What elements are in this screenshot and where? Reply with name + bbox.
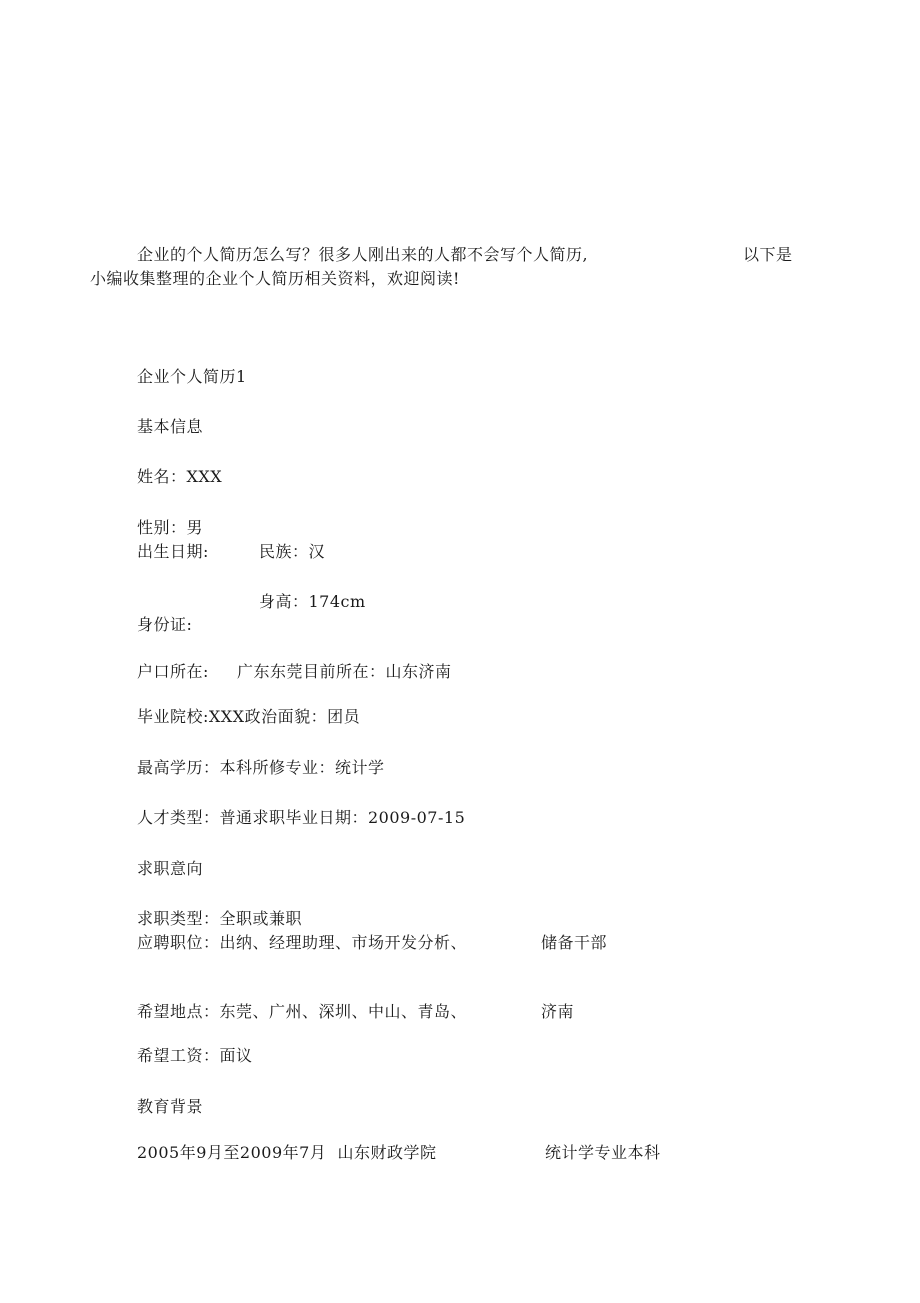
field-gender: 性别：男 xyxy=(137,518,203,538)
field-education-period-school: 2005年9月至2009年7月 山东财政学院 xyxy=(137,1143,436,1163)
field-education-major: 统计学专业本科 xyxy=(545,1143,661,1163)
field-positions-end: 储备干部 xyxy=(541,933,607,953)
intro-line-2: 小编收集整理的企业个人简历相关资料，欢迎阅读! xyxy=(90,269,460,289)
field-talent-type: 人才类型：普通求职毕业日期：2009-07-15 xyxy=(137,808,465,828)
field-positions: 应聘职位：出纳、经理助理、市场开发分析、 xyxy=(137,933,467,953)
field-name: 姓名：XXX xyxy=(137,467,222,487)
intro-line-1: 企业的个人简历怎么写？很多人刚出来的人都不会写个人简历, xyxy=(137,245,588,265)
document-page: 企业的个人简历怎么写？很多人刚出来的人都不会写个人简历, 以下是 小编收集整理的… xyxy=(0,0,920,1303)
section-heading-job-intention: 求职意向 xyxy=(137,859,203,879)
section-heading-basic-info: 基本信息 xyxy=(137,417,203,437)
field-birth-date: 出生日期: xyxy=(137,542,209,562)
field-hukou-value: 广东东莞目前所在：山东济南 xyxy=(237,662,452,682)
field-id-card: 身份证: xyxy=(137,615,192,635)
field-school: 毕业院校:XXX政治面貌：团员 xyxy=(137,707,360,727)
intro-line-1-end: 以下是 xyxy=(743,245,793,265)
field-education: 最高学历：本科所修专业：统计学 xyxy=(137,758,385,778)
field-job-type: 求职类型：全职或兼职 xyxy=(137,909,302,929)
field-locations-end: 济南 xyxy=(541,1002,574,1022)
field-locations: 希望地点：东莞、广州、深圳、中山、青岛、 xyxy=(137,1002,467,1022)
section-heading-education: 教育背景 xyxy=(137,1097,203,1117)
field-height: 身高：174cm xyxy=(259,592,366,612)
resume-title: 企业个人简历1 xyxy=(137,367,247,387)
field-ethnicity: 民族：汉 xyxy=(259,542,325,562)
field-salary: 希望工资：面议 xyxy=(137,1046,253,1066)
field-hukou-label: 户口所在: xyxy=(137,662,209,682)
